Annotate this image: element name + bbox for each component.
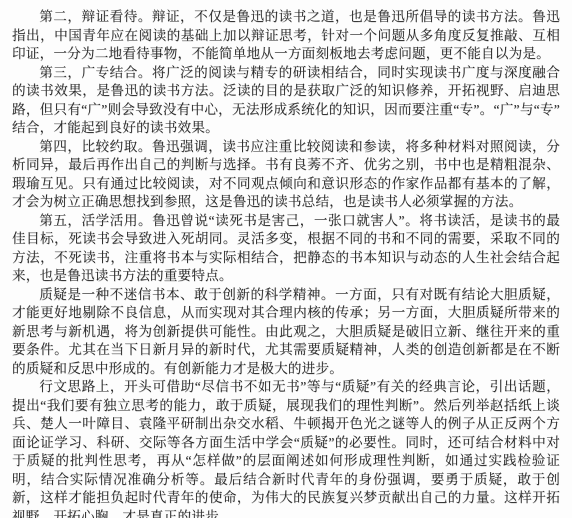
paragraph-questioning-spirit: 质疑是一种不迷信书本、敢于创新的科学精神。一方面，只有对既有结论大胆质疑，才能更… [12,286,560,379]
paragraph-broad-specialized: 第三，广专结合。将广泛的阅读与精专的研读相结合，同时实现读书广度与深度融合的读书… [12,64,560,138]
paragraph-flexible-application: 第五，活学活用。鲁迅曾说“读死书是害己，一张口就害人”。将书读活，是读书的最佳目… [12,212,560,286]
paragraph-comparative-reading: 第四，比较约取。鲁迅强调，读书应注重比较阅读和参读，将多种材料对照阅读，分析同异… [12,138,560,212]
paragraph-dialectic-view: 第二，辩证看待。辩证，不仅是鲁迅的读书之道，也是鲁迅所倡导的读书方法。鲁迅指出，… [12,8,560,64]
paragraph-essay-outline: 行文思路上，开头可借助“尽信书不如无书”等与“质疑”有关的经典言论，引出话题，提… [12,378,560,518]
document-page: 第二，辩证看待。辩证，不仅是鲁迅的读书之道，也是鲁迅所倡导的读书方法。鲁迅指出，… [0,0,572,518]
